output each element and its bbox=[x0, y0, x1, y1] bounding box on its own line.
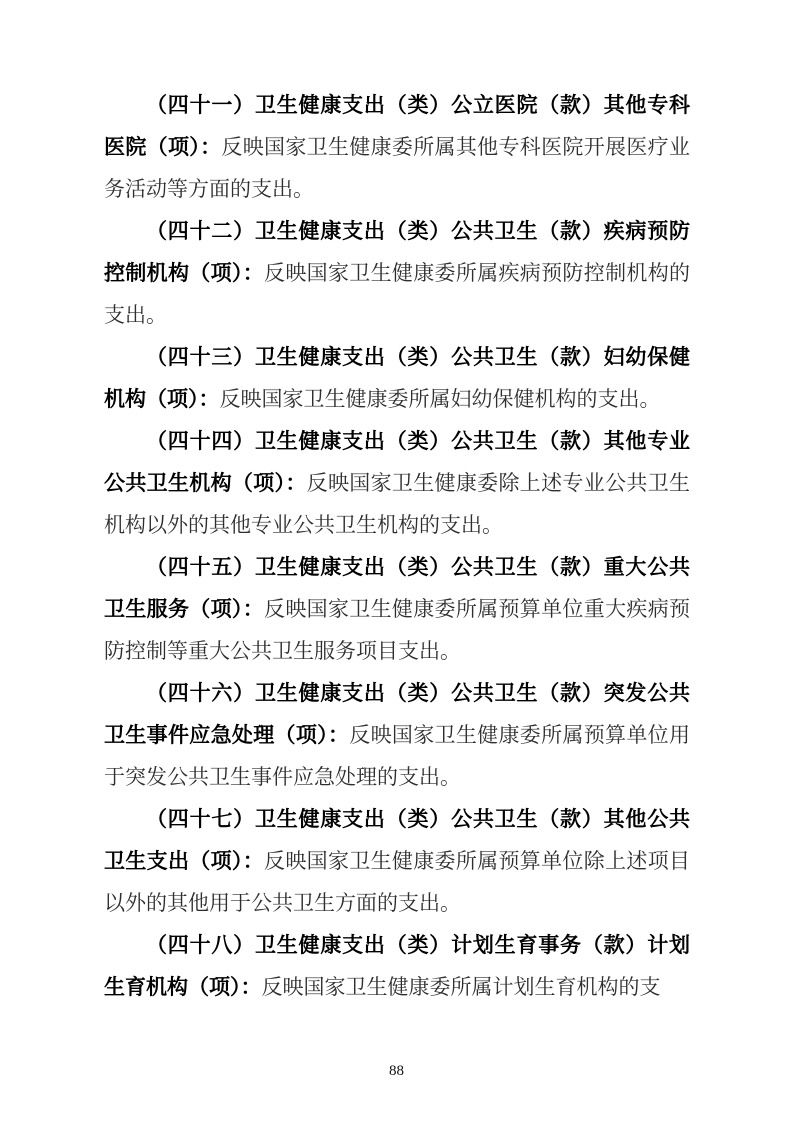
paragraph-46: （四十六）卫生健康支出（类）公共卫生（款）突发公共卫生事件应急处理（项）：反映国… bbox=[104, 672, 690, 798]
paragraph-42: （四十二）卫生健康支出（类）公共卫生（款）疾病预防控制机构（项）：反映国家卫生健… bbox=[104, 210, 690, 336]
paragraph-48: （四十八）卫生健康支出（类）计划生育事务（款）计划生育机构（项）：反映国家卫生健… bbox=[104, 924, 690, 1008]
paragraph-41: （四十一）卫生健康支出（类）公立医院（款）其他专科医院（项）：反映国家卫生健康委… bbox=[104, 84, 690, 210]
document-body: （四十一）卫生健康支出（类）公立医院（款）其他专科医院（项）：反映国家卫生健康委… bbox=[104, 84, 690, 1008]
document-page: （四十一）卫生健康支出（类）公立医院（款）其他专科医院（项）：反映国家卫生健康委… bbox=[0, 0, 793, 1122]
paragraph-43: （四十三）卫生健康支出（类）公共卫生（款）妇幼保健机构（项）：反映国家卫生健康委… bbox=[104, 336, 690, 420]
paragraph-43-body: 反映国家卫生健康委所属妇幼保健机构的支出。 bbox=[220, 387, 661, 411]
paragraph-45: （四十五）卫生健康支出（类）公共卫生（款）重大公共卫生服务（项）：反映国家卫生健… bbox=[104, 546, 690, 672]
paragraph-44: （四十四）卫生健康支出（类）公共卫生（款）其他专业公共卫生机构（项）：反映国家卫… bbox=[104, 420, 690, 546]
page-number: 88 bbox=[0, 1063, 793, 1080]
paragraph-48-body: 反映国家卫生健康委所属计划生育机构的支 bbox=[262, 975, 661, 999]
paragraph-47: （四十七）卫生健康支出（类）公共卫生（款）其他公共卫生支出（项）：反映国家卫生健… bbox=[104, 798, 690, 924]
